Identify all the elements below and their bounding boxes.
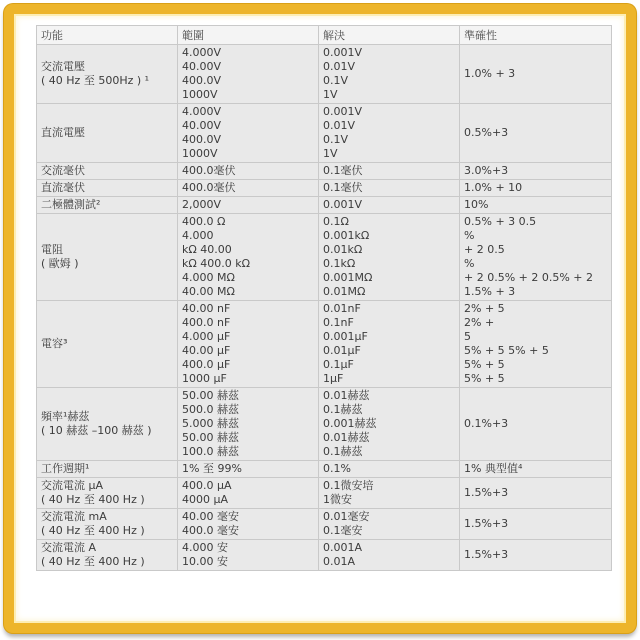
cell-text: 40.00 MΩ <box>182 285 314 299</box>
cell-range: 2,000V <box>178 197 319 214</box>
cell-text: 40.00 μF <box>182 344 314 358</box>
cell-range: 50.00 赫茲500.0 赫茲5.000 赫茲50.00 赫茲100.0 赫茲 <box>178 388 319 461</box>
cell-text: 0.1毫伏 <box>323 164 455 178</box>
cell-text: 0.1V <box>323 133 455 147</box>
cell-text: 1000V <box>182 147 314 161</box>
cell-text: 0.01MΩ <box>323 285 455 299</box>
cell-text: 0.01nF <box>323 302 455 316</box>
cell-func: 直流電壓 <box>37 104 178 163</box>
cell-text: 1.5%+3 <box>464 517 607 531</box>
cell-text: 0.1毫伏 <box>323 181 455 195</box>
cell-text: 5% + 5 <box>464 358 607 372</box>
cell-text: 0.1% <box>323 462 455 476</box>
cell-text: 0.01V <box>323 60 455 74</box>
cell-text: 1.5%+3 <box>464 486 607 500</box>
cell-text: 400.0V <box>182 133 314 147</box>
spec-table: 功能 範圍 解決 準確性 交流電壓( 40 Hz 至 500Hz ) ¹4.00… <box>36 25 612 571</box>
cell-text: 1000V <box>182 88 314 102</box>
table-row: 交流電流 A( 40 Hz 至 400 Hz )4.000 安10.00 安0.… <box>37 540 612 571</box>
cell-text: 2% + 5 <box>464 302 607 316</box>
cell-text: 1V <box>323 147 455 161</box>
cell-text: 40.00V <box>182 60 314 74</box>
cell-res: 0.001A0.01A <box>319 540 460 571</box>
cell-acc: 1.5%+3 <box>460 540 612 571</box>
cell-text: 400.0毫伏 <box>182 164 314 178</box>
cell-text: 50.00 赫茲 <box>182 389 314 403</box>
cell-text: 0.001V <box>323 46 455 60</box>
cell-acc: 0.5% + 3 0.5%+ 2 0.5%+ 2 0.5% + 2 0.5% +… <box>460 214 612 301</box>
cell-text: 40.00 nF <box>182 302 314 316</box>
cell-text: 400.0毫伏 <box>182 181 314 195</box>
cell-text: ( 10 赫茲 –100 赫茲 ) <box>41 424 173 438</box>
cell-text: 100.0 赫茲 <box>182 445 314 459</box>
cell-text: ( 40 Hz 至 400 Hz ) <box>41 555 173 569</box>
cell-text: kΩ 40.00 <box>182 243 314 257</box>
cell-text: 4.000 MΩ <box>182 271 314 285</box>
cell-text: 500.0 赫茲 <box>182 403 314 417</box>
cell-text: 1.0% + 10 <box>464 181 607 195</box>
cell-text: 1V <box>323 88 455 102</box>
cell-text: 5 <box>464 330 607 344</box>
cell-text: 4.000 <box>182 229 314 243</box>
cell-text: 交流電流 mA <box>41 510 173 524</box>
cell-text: 0.1赫茲 <box>323 403 455 417</box>
cell-text: 0.1毫安 <box>323 524 455 538</box>
cell-text: 0.5% + 3 0.5 <box>464 215 607 229</box>
cell-text: 400.0V <box>182 74 314 88</box>
cell-text: 0.1%+3 <box>464 417 607 431</box>
cell-text: 0.1V <box>323 74 455 88</box>
cell-range: 400.0 Ω4.000kΩ 40.00kΩ 400.0 kΩ4.000 MΩ4… <box>178 214 319 301</box>
cell-text: 40.00 毫安 <box>182 510 314 524</box>
cell-text: 直流毫伏 <box>41 181 173 195</box>
cell-res: 0.001V <box>319 197 460 214</box>
table-row: 電容³40.00 nF400.0 nF4.000 μF40.00 μF400.0… <box>37 301 612 388</box>
cell-text: 0.01毫安 <box>323 510 455 524</box>
cell-text: kΩ 400.0 kΩ <box>182 257 314 271</box>
cell-text: 交流電流 μA <box>41 479 173 493</box>
cell-func: 交流毫伏 <box>37 163 178 180</box>
cell-text: 直流電壓 <box>41 126 173 140</box>
cell-res: 0.1Ω0.001kΩ0.01kΩ0.1kΩ0.001MΩ0.01MΩ <box>319 214 460 301</box>
cell-func: 電容³ <box>37 301 178 388</box>
cell-text: 0.01kΩ <box>323 243 455 257</box>
cell-text: 5% + 5 <box>464 372 607 386</box>
cell-text: 頻率¹赫茲 <box>41 410 173 424</box>
cell-text: ( 40 Hz 至 500Hz ) ¹ <box>41 74 173 88</box>
cell-text: 0.1微安培 <box>323 479 455 493</box>
cell-acc: 3.0%+3 <box>460 163 612 180</box>
cell-text: 0.01μF <box>323 344 455 358</box>
cell-func: 交流電壓( 40 Hz 至 500Hz ) ¹ <box>37 45 178 104</box>
page: 功能 範圍 解決 準確性 交流電壓( 40 Hz 至 500Hz ) ¹4.00… <box>0 0 640 640</box>
cell-text: 0.1赫茲 <box>323 445 455 459</box>
cell-text: 0.001赫茲 <box>323 417 455 431</box>
cell-text: 4.000 μF <box>182 330 314 344</box>
cell-range: 4.000V40.00V400.0V1000V <box>178 104 319 163</box>
cell-text: 1% 至 99% <box>182 462 314 476</box>
cell-text: 0.1kΩ <box>323 257 455 271</box>
cell-text: 0.1Ω <box>323 215 455 229</box>
cell-res: 0.01赫茲0.1赫茲0.001赫茲0.01赫茲0.1赫茲 <box>319 388 460 461</box>
cell-text: 1% 典型值⁴ <box>464 462 607 476</box>
cell-text: 3.0%+3 <box>464 164 607 178</box>
cell-range: 4.000 安10.00 安 <box>178 540 319 571</box>
cell-func: 電阻( 歐姆 ) <box>37 214 178 301</box>
cell-text: 10.00 安 <box>182 555 314 569</box>
cell-text: 0.001V <box>323 198 455 212</box>
cell-text: + 2 0.5% + 2 0.5% + 2 <box>464 271 607 285</box>
cell-res: 0.1微安培1微安 <box>319 478 460 509</box>
cell-text: 1μF <box>323 372 455 386</box>
cell-res: 0.1毫伏 <box>319 180 460 197</box>
table-row: 直流毫伏400.0毫伏0.1毫伏1.0% + 10 <box>37 180 612 197</box>
cell-text: 5.000 赫茲 <box>182 417 314 431</box>
cell-text: 交流電壓 <box>41 60 173 74</box>
cell-text: + 2 0.5 <box>464 243 607 257</box>
cell-text: 二極體測試² <box>41 198 173 212</box>
cell-text: 0.001A <box>323 541 455 555</box>
cell-text: 電阻 <box>41 243 173 257</box>
cell-text: 1.5%+3 <box>464 548 607 562</box>
cell-text: 0.001V <box>323 105 455 119</box>
cell-text: 5% + 5 5% + 5 <box>464 344 607 358</box>
cell-text: ( 歐姆 ) <box>41 257 173 271</box>
cell-text: 1000 μF <box>182 372 314 386</box>
cell-text: 400.0 nF <box>182 316 314 330</box>
table-row: 交流毫伏400.0毫伏0.1毫伏3.0%+3 <box>37 163 612 180</box>
cell-func: 交流電流 μA( 40 Hz 至 400 Hz ) <box>37 478 178 509</box>
cell-range: 4.000V40.00V400.0V1000V <box>178 45 319 104</box>
cell-text: 1.0% + 3 <box>464 67 607 81</box>
cell-acc: 1% 典型值⁴ <box>460 461 612 478</box>
cell-range: 400.0毫伏 <box>178 180 319 197</box>
cell-text: 0.5%+3 <box>464 126 607 140</box>
cell-text: ( 40 Hz 至 400 Hz ) <box>41 493 173 507</box>
cell-range: 400.0 μA4000 μA <box>178 478 319 509</box>
cell-text: ( 40 Hz 至 400 Hz ) <box>41 524 173 538</box>
cell-text: 40.00V <box>182 119 314 133</box>
table-row: 電阻( 歐姆 )400.0 Ω4.000kΩ 40.00kΩ 400.0 kΩ4… <box>37 214 612 301</box>
cell-res: 0.1毫伏 <box>319 163 460 180</box>
cell-func: 工作週期¹ <box>37 461 178 478</box>
cell-text: 0.1nF <box>323 316 455 330</box>
cell-text: % <box>464 229 607 243</box>
col-header-accuracy: 準確性 <box>460 26 612 45</box>
table-row: 交流電流 μA( 40 Hz 至 400 Hz )400.0 μA4000 μA… <box>37 478 612 509</box>
cell-func: 直流毫伏 <box>37 180 178 197</box>
cell-acc: 1.5%+3 <box>460 509 612 540</box>
cell-res: 0.01毫安0.1毫安 <box>319 509 460 540</box>
cell-text: 1微安 <box>323 493 455 507</box>
cell-range: 1% 至 99% <box>178 461 319 478</box>
cell-text: 400.0 μF <box>182 358 314 372</box>
cell-text: 10% <box>464 198 607 212</box>
cell-text: 400.0 Ω <box>182 215 314 229</box>
cell-func: 交流電流 mA( 40 Hz 至 400 Hz ) <box>37 509 178 540</box>
cell-acc: 10% <box>460 197 612 214</box>
cell-text: 0.001μF <box>323 330 455 344</box>
spec-table-body: 交流電壓( 40 Hz 至 500Hz ) ¹4.000V40.00V400.0… <box>37 45 612 571</box>
cell-func: 二極體測試² <box>37 197 178 214</box>
cell-text: 工作週期¹ <box>41 462 173 476</box>
cell-text: 0.01V <box>323 119 455 133</box>
cell-text: 400.0 毫安 <box>182 524 314 538</box>
cell-acc: 0.1%+3 <box>460 388 612 461</box>
table-row: 交流電流 mA( 40 Hz 至 400 Hz )40.00 毫安400.0 毫… <box>37 509 612 540</box>
cell-res: 0.001V0.01V0.1V1V <box>319 45 460 104</box>
spec-table-head: 功能 範圍 解決 準確性 <box>37 26 612 45</box>
cell-range: 400.0毫伏 <box>178 163 319 180</box>
cell-text: 4.000V <box>182 46 314 60</box>
cell-res: 0.001V0.01V0.1V1V <box>319 104 460 163</box>
cell-text: 交流電流 A <box>41 541 173 555</box>
cell-text: 50.00 赫茲 <box>182 431 314 445</box>
col-header-resolution: 解決 <box>319 26 460 45</box>
cell-text: % <box>464 257 607 271</box>
cell-text: 0.01A <box>323 555 455 569</box>
cell-text: 0.001kΩ <box>323 229 455 243</box>
cell-text: 2% + <box>464 316 607 330</box>
col-header-function: 功能 <box>37 26 178 45</box>
cell-func: 頻率¹赫茲( 10 赫茲 –100 赫茲 ) <box>37 388 178 461</box>
cell-text: 0.01赫茲 <box>323 431 455 445</box>
table-row: 二極體測試²2,000V0.001V10% <box>37 197 612 214</box>
cell-acc: 1.0% + 10 <box>460 180 612 197</box>
cell-text: 1.5% + 3 <box>464 285 607 299</box>
cell-acc: 0.5%+3 <box>460 104 612 163</box>
header-row: 功能 範圍 解決 準確性 <box>37 26 612 45</box>
table-row: 工作週期¹1% 至 99%0.1%1% 典型值⁴ <box>37 461 612 478</box>
cell-text: 4000 μA <box>182 493 314 507</box>
cell-text: 4.000 安 <box>182 541 314 555</box>
cell-acc: 2% + 52% +55% + 5 5% + 55% + 55% + 5 <box>460 301 612 388</box>
cell-range: 40.00 nF400.0 nF4.000 μF40.00 μF400.0 μF… <box>178 301 319 388</box>
cell-text: 交流毫伏 <box>41 164 173 178</box>
table-row: 頻率¹赫茲( 10 赫茲 –100 赫茲 )50.00 赫茲500.0 赫茲5.… <box>37 388 612 461</box>
cell-text: 0.001MΩ <box>323 271 455 285</box>
cell-res: 0.01nF0.1nF0.001μF0.01μF0.1μF1μF <box>319 301 460 388</box>
cell-acc: 1.5%+3 <box>460 478 612 509</box>
cell-text: 2,000V <box>182 198 314 212</box>
cell-range: 40.00 毫安400.0 毫安 <box>178 509 319 540</box>
cell-res: 0.1% <box>319 461 460 478</box>
table-row: 直流電壓4.000V40.00V400.0V1000V0.001V0.01V0.… <box>37 104 612 163</box>
cell-text: 4.000V <box>182 105 314 119</box>
cell-func: 交流電流 A( 40 Hz 至 400 Hz ) <box>37 540 178 571</box>
cell-text: 0.1μF <box>323 358 455 372</box>
cell-acc: 1.0% + 3 <box>460 45 612 104</box>
cell-text: 電容³ <box>41 337 173 351</box>
cell-text: 400.0 μA <box>182 479 314 493</box>
table-row: 交流電壓( 40 Hz 至 500Hz ) ¹4.000V40.00V400.0… <box>37 45 612 104</box>
col-header-range: 範圍 <box>178 26 319 45</box>
cell-text: 0.01赫茲 <box>323 389 455 403</box>
